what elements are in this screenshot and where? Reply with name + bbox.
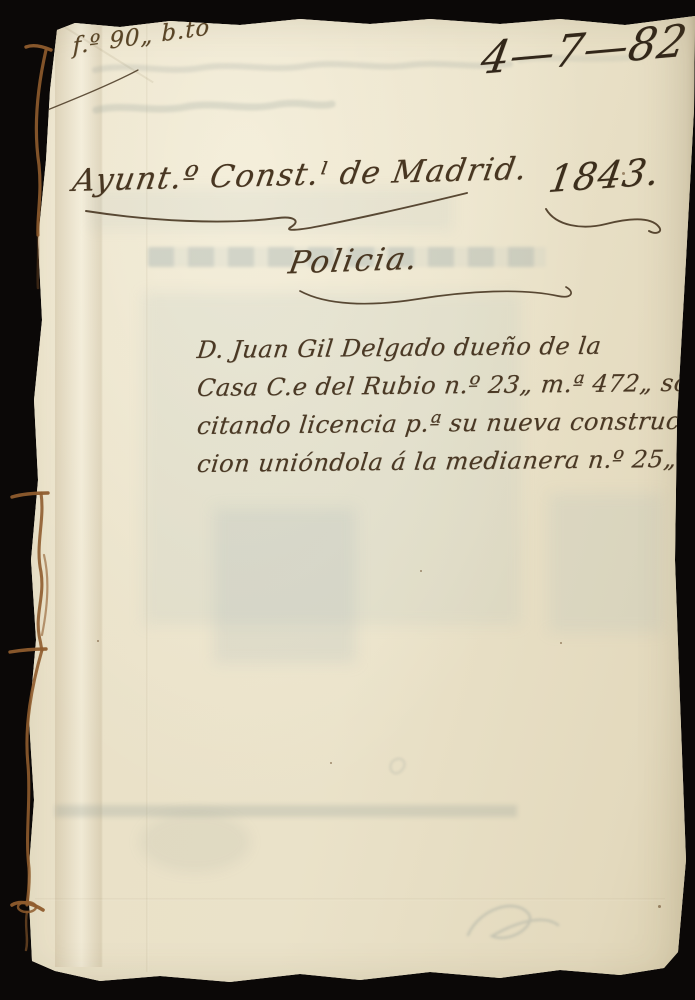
binding-thread [0,0,695,1000]
document-scan: f.º 90„ b.to 4—7—82 Ayunt.º Const.ˡ de M… [0,0,695,1000]
